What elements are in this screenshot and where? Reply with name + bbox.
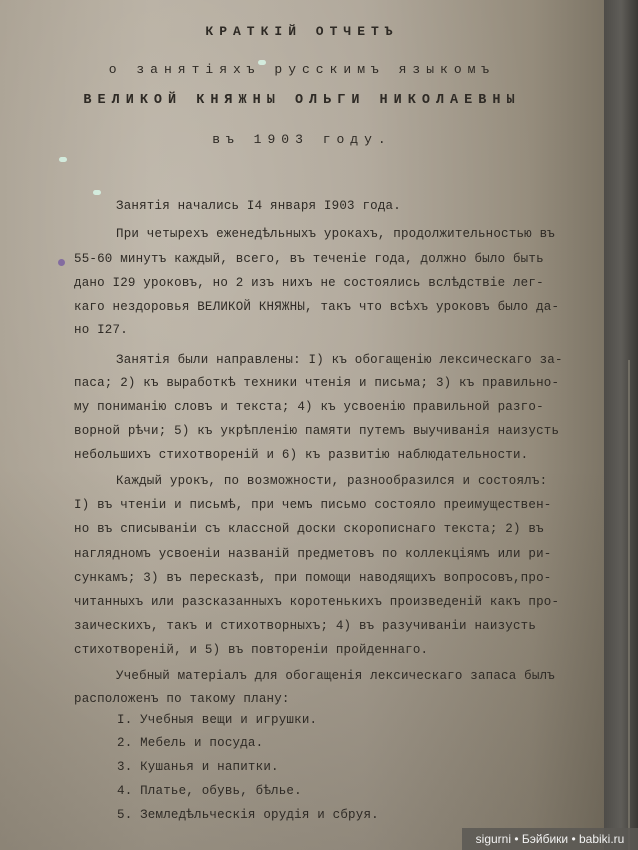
body-line: паса; 2) къ выработкѣ техники чтенія и п… [74,376,559,390]
body-line: Учебный матеріалъ для обогащенія лексиче… [116,669,555,683]
body-line: 55-60 минутъ каждый, всего, въ теченіе г… [74,252,544,266]
document-subtitle: ВЕЛИКОЙ КНЯЖНЫ ОЛЬГИ НИКОЛАЕВНЫ [0,93,604,108]
body-line: каго нездоровья ВЕЛИКОЙ КНЯЖНЫ, такъ что… [74,300,559,314]
ink-spot [58,259,65,266]
body-line: но I27. [74,323,128,337]
body-line: читанныхъ или разсказанныхъ коротенькихъ… [74,595,559,609]
document-title: КРАТКІЙ ОТЧЕТЪ [0,24,604,39]
list-item: 4. Платье, обувь, бѣлье. [117,784,302,798]
body-line: му пониманію словъ и текста; 4) къ усвое… [74,400,544,414]
body-line: наглядномъ усвоеніи названій предметовъ … [74,547,551,561]
body-line: При четырехъ еженедѣльныхъ урокахъ, прод… [116,227,555,241]
list-item: I. Учебныя вещи и игрушки. [117,713,317,727]
body-line: сункамъ; 3) въ пересказѣ, при помощи нав… [74,571,551,585]
document-subtitle: о занятіяхъ русскимъ языкомъ [0,62,604,77]
list-item: 5. Земледѣльческія орудія и сбруя. [117,808,379,822]
body-line: но въ списываніи съ классной доски скоро… [74,522,544,536]
list-item: 2. Мебель и посуда. [117,736,263,750]
body-line: заическихъ, такъ и стихотворныхъ; 4) въ … [74,619,536,633]
display-frame-edge [604,0,638,850]
body-line: ворной рѣчи; 5) къ укрѣпленію памяти пут… [74,424,559,438]
document-subtitle: въ 1903 году. [0,132,604,147]
body-line: небольшихъ стихотвореній и 6) къ развиті… [74,448,528,462]
body-line: I) въ чтеніи и письмѣ, при чемъ письмо с… [74,498,551,512]
light-reflection [59,157,67,162]
body-line: Занятія начались I4 января I903 года. [116,199,401,213]
body-line: Занятія были направлены: I) къ обогащені… [116,353,563,367]
body-line: дано I29 уроковъ, но 2 изъ нихъ не состо… [74,276,544,290]
light-reflection [93,190,101,195]
watermark: sigurni • Бэйбики • babiki.ru [462,828,638,850]
body-line: расположенъ по такому плану: [74,692,290,706]
list-item: 3. Кушанья и напитки. [117,760,279,774]
display-frame-line [628,360,630,850]
body-line: стихотвореній, и 5) въ повтореніи пройде… [74,643,428,657]
body-line: Каждый урокъ, по возможности, разнообраз… [116,474,547,488]
